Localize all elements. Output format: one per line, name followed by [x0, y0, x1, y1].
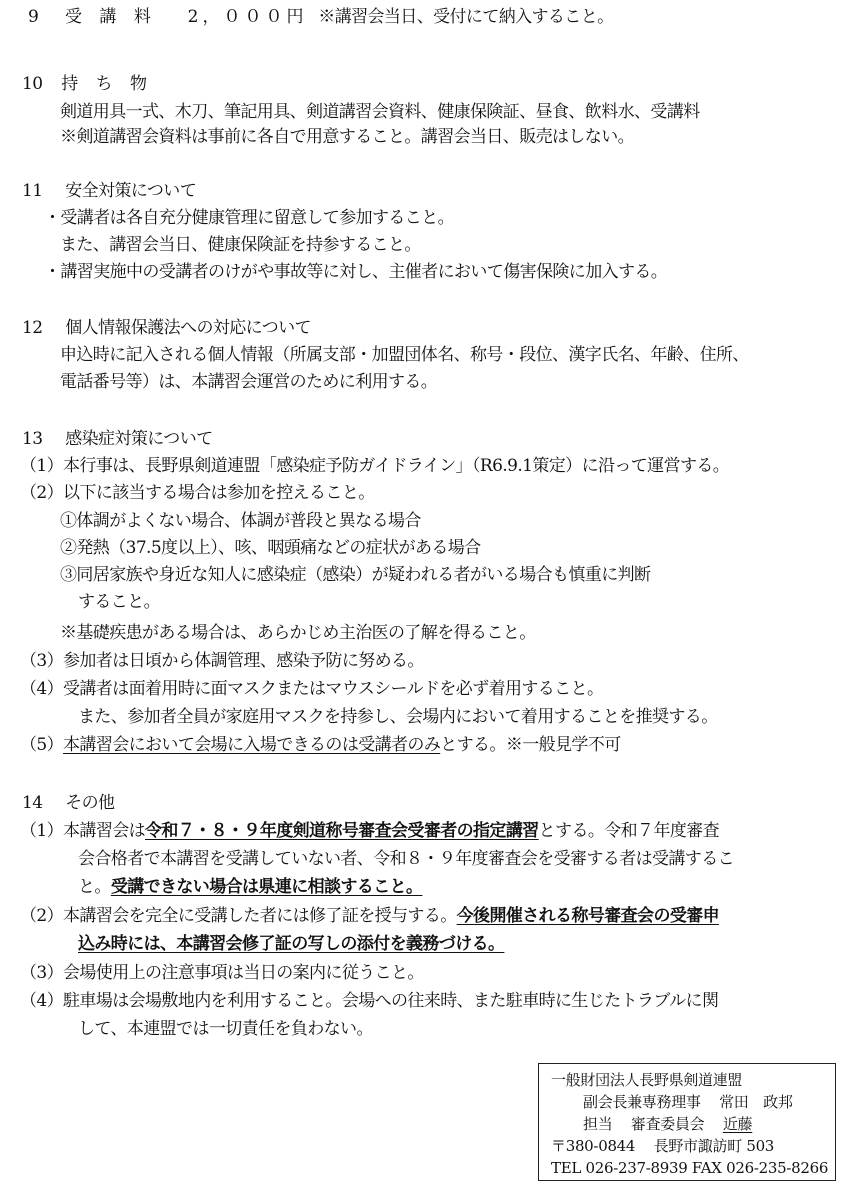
item-text: 本行事は、長野県剣道連盟「感染症予防ガイドライン」（R6.9.1策定）に沿って運… — [63, 456, 729, 476]
section-number: 13 — [22, 429, 42, 449]
section9-heading: 9 受 講 料 2，０００円 ※講習会当日、受付にて納入すること。 — [28, 6, 614, 28]
other-item-1-line2: 会合格者で本講習を受講していない者、令和８・９年度審査会を受審する者は受講するこ — [78, 848, 734, 870]
item-label: （3） — [20, 963, 63, 983]
infection-item-4-cont: また、参加者全員が家庭用マスクを持参し、会場内において着用することを推奨する。 — [78, 706, 718, 728]
section-number: 14 — [22, 793, 42, 813]
item-label: （4） — [20, 991, 63, 1011]
item-label: （3） — [20, 651, 63, 671]
other-item-2: （2）本講習会を完全に受講した者には修了証を授与する。今後開催される称号審査会の… — [20, 905, 719, 927]
safety-bullet-1: ・受講者は各自充分健康管理に留意して参加すること。 — [44, 207, 454, 229]
infection-sub-3: ③同居家族や身近な知人に感染症（感染）が疑われる者がいる場合も慎重に判断 — [60, 564, 650, 586]
privacy-line-1: 申込時に記入される個人情報（所属支部・加盟団体名、称号・段位、漢字氏名、年齢、住… — [60, 344, 749, 366]
section-number: 10 — [22, 74, 42, 94]
item-text-underlined: 今後開催される称号審査会の受審申 — [457, 906, 719, 926]
section12-heading: 12 個人情報保護法への対応について — [22, 317, 311, 339]
section-title: その他 — [65, 793, 114, 813]
contact-name: 常田 政邦 — [719, 1093, 793, 1111]
section14-heading: 14 その他 — [22, 792, 114, 814]
item-text-underlined: 受講できない場合は県連に相談すること。 — [111, 877, 423, 897]
safety-bullet-1-cont: また、講習会当日、健康保険証を持参すること。 — [60, 234, 421, 256]
contact-box: 一般財団法人長野県剣道連盟 副会長兼専務理事 常田 政邦 担当 審査委員会 近藤… — [538, 1063, 836, 1181]
infection-sub-1: ①体調がよくない場合、体調が普段と異なる場合 — [60, 510, 421, 532]
item-text: とする。令和７年度審査 — [539, 821, 719, 841]
item-label: （1） — [20, 456, 63, 476]
item-text: 以下に該当する場合は参加を控えること。 — [63, 483, 375, 503]
contact-street: 長野市諏訪町 503 — [654, 1137, 774, 1155]
item-text-underlined: 本講習会において会場に入場できるのは受講者のみ — [63, 735, 440, 755]
other-item-4-line2: して、本連盟では一切責任を負わない。 — [78, 1018, 373, 1040]
other-item-3: （3）会場使用上の注意事項は当日の案内に従うこと。 — [20, 962, 424, 984]
safety-bullet-2: ・講習実施中の受講者のけがや事故等に対し、主催者において傷害保険に加入する。 — [44, 261, 667, 283]
other-item-2-line2: 込み時には、本講習会修了証の写しの添付を義務づける。 — [78, 933, 504, 955]
contact-staff-name: 近藤 — [723, 1115, 752, 1133]
contact-organization: 一般財団法人長野県剣道連盟 — [551, 1070, 742, 1090]
section-title: 持 ち 物 — [61, 74, 153, 94]
section11-heading: 11 安全対策について — [22, 180, 196, 202]
privacy-line-2: 電話番号等）は、本講習会運営のために利用する。 — [60, 371, 437, 393]
contact-director: 副会長兼専務理事 常田 政邦 — [583, 1092, 793, 1112]
item-label: （4） — [20, 679, 63, 699]
other-item-4: （4）駐車場は会場敷地内を利用すること。会場への往来時、また駐車時に生じたトラブ… — [20, 990, 718, 1012]
fee-note: ※講習会当日、受付にて納入すること。 — [318, 7, 613, 27]
other-item-1: （1）本講習会は令和７・８・９年度剣道称号審査会受審者の指定講習とする。令和７年… — [20, 820, 719, 842]
item-text: 受講者は面着用時に面マスクまたはマウスシールドを必ず着用すること。 — [63, 679, 603, 699]
item-text-underlined: 込み時には、本講習会修了証の写しの添付を義務づける。 — [78, 934, 504, 954]
section-title: 安全対策について — [65, 181, 196, 201]
infection-note: ※基礎疾患がある場合は、あらかじめ主治医の了解を得ること。 — [60, 622, 536, 644]
section-title: 感染症対策について — [65, 429, 212, 449]
contact-postal: 〒380-0844 — [551, 1137, 635, 1155]
item-text: 本講習会を完全に受講した者には修了証を授与する。 — [63, 906, 457, 926]
infection-item-1: （1）本行事は、長野県剣道連盟「感染症予防ガイドライン」（R6.9.1策定）に沿… — [20, 455, 729, 477]
section10-heading: 10 持 ち 物 — [22, 73, 153, 95]
item-text: 会場使用上の注意事項は当日の案内に従うこと。 — [63, 963, 424, 983]
item-text: 駐車場は会場敷地内を利用すること。会場への往来時、また駐車時に生じたトラブルに関 — [63, 991, 718, 1011]
contact-staff: 担当 審査委員会 近藤 — [583, 1114, 752, 1134]
infection-item-3: （3）参加者は日頃から体調管理、感染予防に努める。 — [20, 650, 424, 672]
item-label: （2） — [20, 906, 63, 926]
contact-role: 副会長兼専務理事 — [583, 1093, 701, 1111]
section-number: 11 — [22, 181, 42, 201]
infection-item-5: （5）本講習会において会場に入場できるのは受講者のみとする。※一般見学不可 — [20, 734, 621, 756]
item-text: 本講習会は — [63, 821, 145, 841]
contact-address: 〒380-0844 長野市諏訪町 503 — [551, 1136, 774, 1156]
infection-item-2: （2）以下に該当する場合は参加を控えること。 — [20, 482, 375, 504]
item-label: （2） — [20, 483, 63, 503]
item-label: （1） — [20, 821, 63, 841]
items-list: 剣道用具一式、木刀、筆記用具、剣道講習会資料、健康保険証、昼食、飲料水、受講料 — [60, 101, 700, 123]
item-text: 参加者は日頃から体調管理、感染予防に努める。 — [63, 651, 424, 671]
section-title: 個人情報保護法への対応について — [65, 318, 311, 338]
section-number: 12 — [22, 318, 42, 338]
infection-item-4: （4）受講者は面着用時に面マスクまたはマウスシールドを必ず着用すること。 — [20, 678, 603, 700]
contact-phone: TEL 026-237-8939 FAX 026-235-8266 — [551, 1158, 828, 1178]
infection-sub-2: ②発熱（37.5度以上）、咳、咽頭痛などの症状がある場合 — [60, 537, 481, 559]
item-text: とする。※一般見学不可 — [440, 735, 620, 755]
items-note: ※剣道講習会資料は事前に各自で用意すること。講習会当日、販売はしない。 — [60, 126, 634, 148]
item-text-underlined: 令和７・８・９年度剣道称号審査会受審者の指定講習 — [145, 821, 539, 841]
infection-sub-3-cont: すること。 — [78, 591, 160, 613]
item-label: （5） — [20, 735, 63, 755]
section-number: 9 — [28, 7, 38, 27]
other-item-1-line3: と。受講できない場合は県連に相談すること。 — [78, 876, 422, 898]
section-title: 受 講 料 — [65, 7, 157, 27]
section13-heading: 13 感染症対策について — [22, 428, 213, 450]
fee-amount: 2，０００円 — [188, 7, 308, 27]
item-text: と。 — [78, 877, 111, 897]
contact-committee: 審査委員会 — [631, 1115, 705, 1133]
contact-staff-label: 担当 — [583, 1115, 612, 1133]
